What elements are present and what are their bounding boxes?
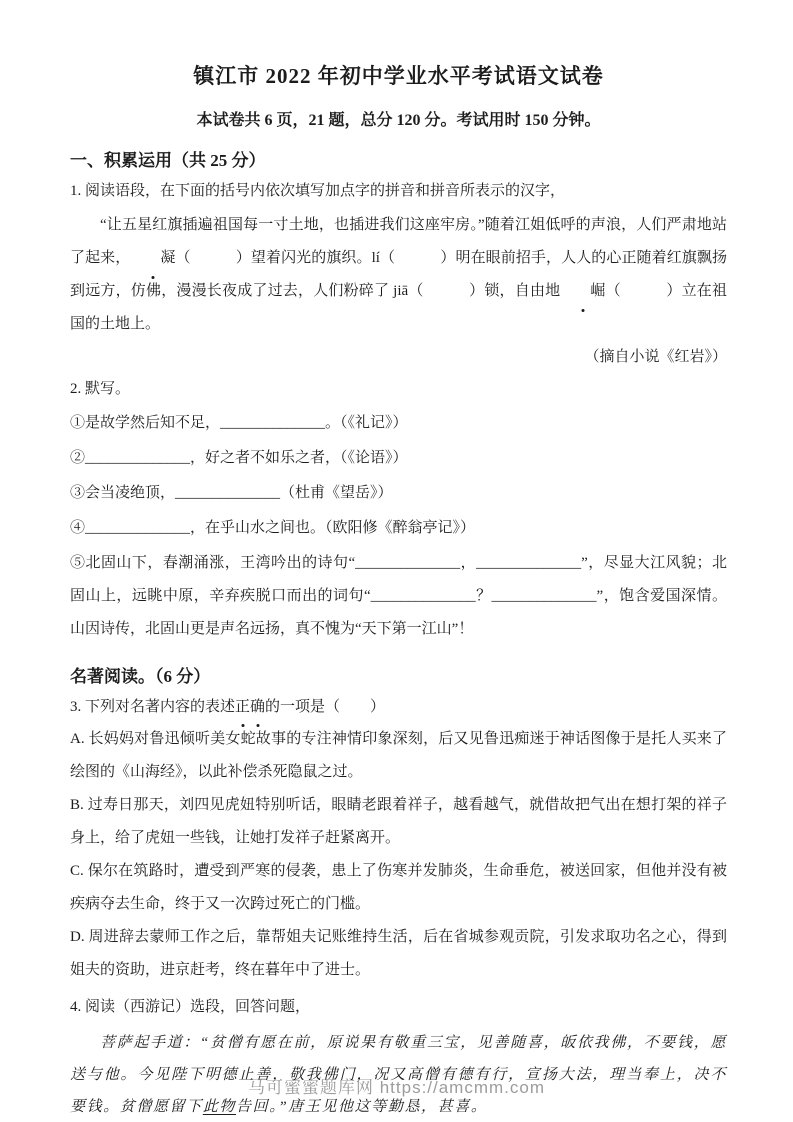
q3-option-c: C. 保尔在筑路时，遭受到严寒的侵袭，患上了伤寒并发肺炎，生命垂危，被送回家，但… [70, 855, 727, 921]
q2-item-4: ④______________，在乎山水之间也。（欧阳修《醉翁亭记》） [70, 512, 727, 545]
q2-item-5: ⑤北固山下，春潮涌涨，王湾吟出的诗句“______________，______… [70, 547, 727, 646]
doc-title: 镇江市 2022 年初中学业水平考试语文试卷 [70, 60, 727, 90]
q3-option-b: B. 过寿日那天，刘四见虎妞特别听话，眼睛老跟着祥子，越看越气，就借故把气出在想… [70, 789, 727, 855]
exam-page: 镇江市 2022 年初中学业水平考试语文试卷 本试卷共 6 页，21 题，总分 … [0, 0, 793, 1122]
q3-option-d: D. 周进辞去蒙师工作之后，靠帮姐夫记账维持生活，后在省城参观贡院，引发求取功名… [70, 921, 727, 987]
q3-stem-text-2: 的一项是（ ） [265, 699, 385, 715]
q3-option-a: A. 长妈妈对鲁迅倾听美女蛇故事的专注神情印象深刻，后又见鲁迅痴迷于神话图像于是… [70, 723, 727, 789]
q4-passage-text-2: 告回。”唐王见他这等勤恳，甚喜。 [236, 1099, 487, 1115]
q1-prompt: 1. 阅读语段，在下面的括号内依次填写加点字的拼音和拼音所表示的汉字， [70, 176, 727, 207]
q3-stem: 3. 下列对名著内容的表述正确的一项是（ ） [70, 692, 727, 723]
q4-underlined-ciwu: 此物 [203, 1099, 236, 1115]
q1-dotted-char-jue: 崛 [560, 283, 605, 299]
q1-passage: “让五星红旗插遍祖国每一寸土地，也插进我们这座牢房。”随着江姐低呼的声浪，人们严… [70, 209, 727, 341]
q3-stem-text-1: 3. 下列对名著内容的表述 [70, 699, 235, 715]
q2-item-3: ③会当凌绝顶，______________（杜甫《望岳》） [70, 477, 727, 510]
q4-prompt: 4. 阅读（西游记）选段，回答问题， [70, 992, 727, 1023]
q3-dotted-chars-zhengque: 正确 [235, 699, 265, 715]
doc-subtitle: 本试卷共 6 页，21 题，总分 120 分。考试用时 150 分钟。 [70, 107, 727, 130]
section-heading-accumulation: 一、积累运用（共 25 分） [70, 146, 727, 171]
watermark-footer: 马可蜜蜜题库网 https://amcmm.com [0, 1073, 793, 1098]
q2-prompt: 2. 默写。 [70, 374, 727, 405]
q2-item-1: ①是故学然后知不足，______________。（《礼记》） [70, 407, 727, 440]
section-heading-famous-reading: 名著阅读。（6 分） [70, 662, 727, 687]
q1-dotted-char-ning: 凝 [130, 250, 175, 266]
q2-item-2: ②______________，好之者不如乐之者，（《论语》） [70, 442, 727, 475]
q1-source-citation: （摘自小说《红岩》） [70, 343, 727, 371]
